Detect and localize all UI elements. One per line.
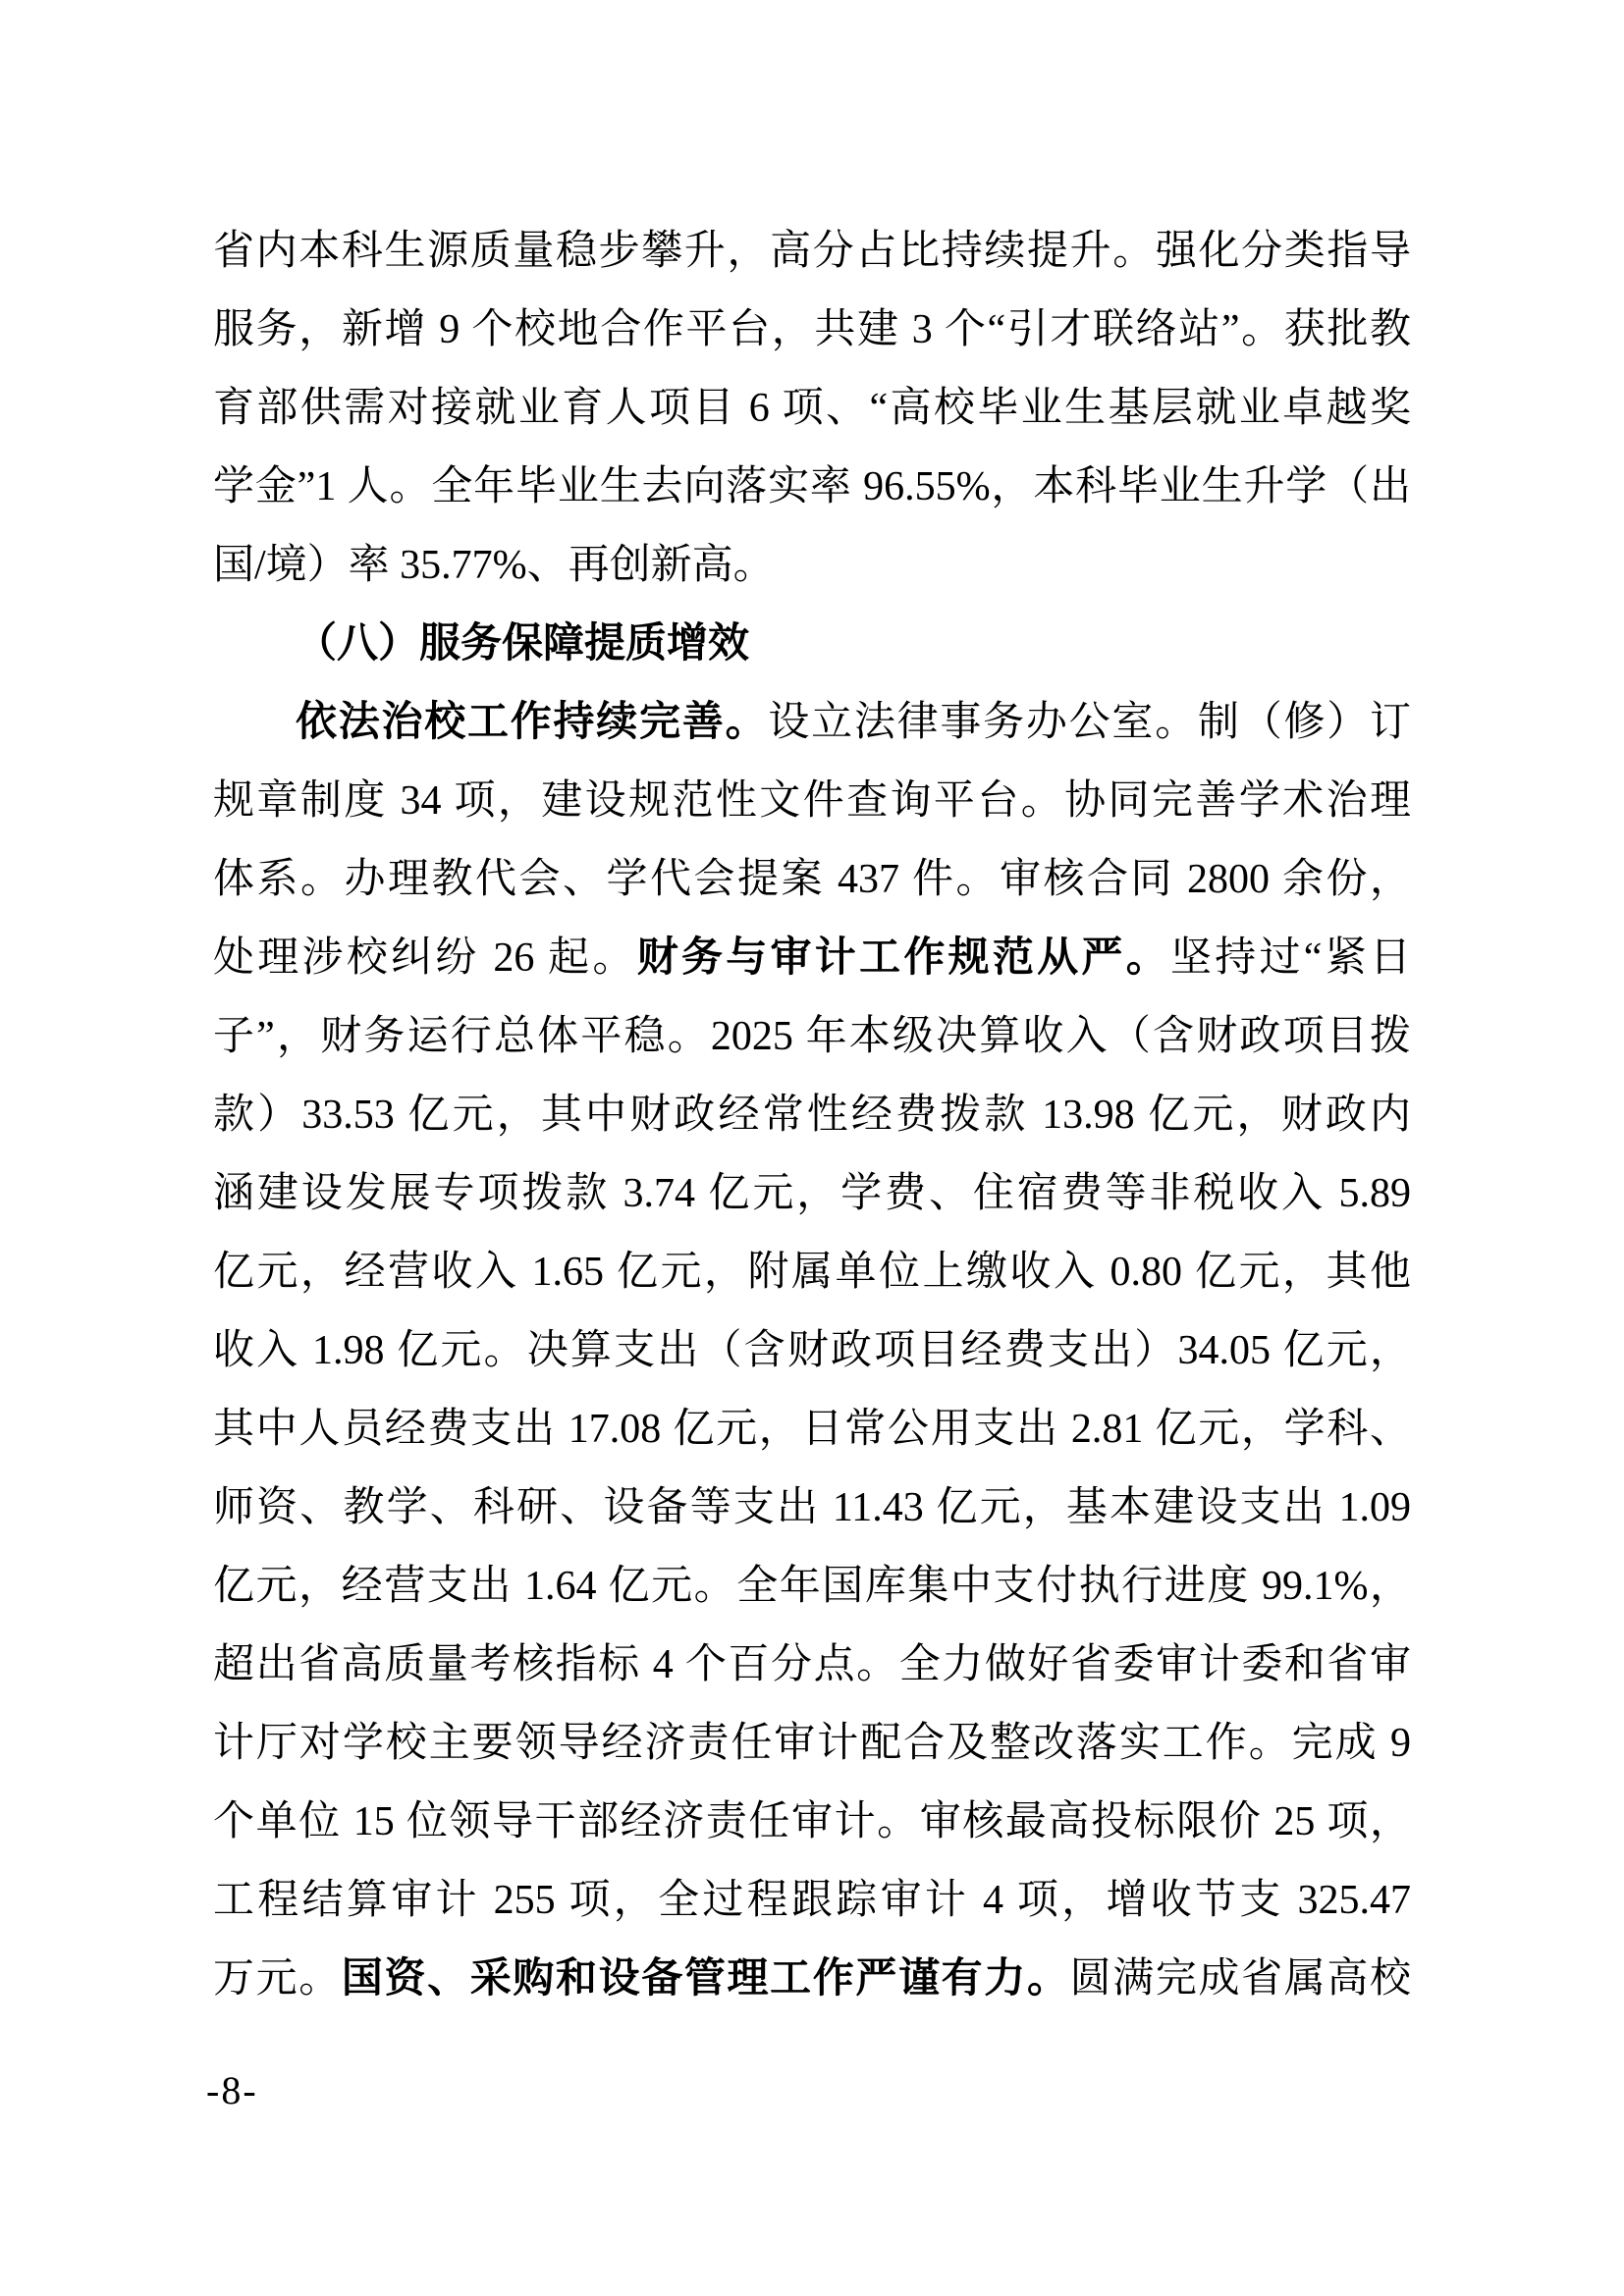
text-segment: 圆满完成省属高校 — [1070, 1956, 1411, 2002]
text-segment: 学金”1 人。全年毕业生去向落实率 96.55%，本科毕业生升学（出 — [213, 464, 1411, 509]
text-segment: 设立法律事务办公室。制（修）订 — [768, 700, 1411, 745]
bold-text-segment: 财务与审计工作规范从严。 — [637, 935, 1170, 981]
text-segment: 服务，新增 9 个校地合作平台，共建 3 个“引才联络站”。获批教 — [213, 307, 1411, 352]
text-segment: 省内本科生源质量稳步攀升，高分占比持续提升。强化分类指导 — [213, 229, 1411, 274]
bold-text-segment: （八）服务保障提质增效 — [296, 621, 749, 667]
text-segment: 计厅对学校主要领导经济责任审计配合及整改落实工作。完成 9 — [213, 1721, 1411, 1766]
text-line: 亿元，经营支出 1.64 亿元。全年国库集中支付执行进度 99.1%， — [213, 1547, 1411, 1626]
text-segment: 款）33.53 亿元，其中财政经常性经费拨款 13.98 亿元，财政内 — [213, 1093, 1411, 1138]
text-line: 款）33.53 亿元，其中财政经常性经费拨款 13.98 亿元，财政内 — [213, 1076, 1411, 1154]
text-segment: 个单位 15 位领导干部经济责任审计。审核最高投标限价 25 项， — [213, 1799, 1411, 1844]
text-line: 学金”1 人。全年毕业生去向落实率 96.55%，本科毕业生升学（出 — [213, 448, 1411, 526]
text-line: 规章制度 34 项，建设规范性文件查询平台。协同完善学术治理 — [213, 762, 1411, 840]
text-line: 处理涉校纠纷 26 起。财务与审计工作规范从严。坚持过“紧日 — [213, 919, 1411, 997]
text-line: 工程结算审计 255 项，全过程跟踪审计 4 项，增收节支 325.47 — [213, 1861, 1411, 1940]
text-segment: 规章制度 34 项，建设规范性文件查询平台。协同完善学术治理 — [213, 778, 1411, 824]
text-line: 其中人员经费支出 17.08 亿元，日常公用支出 2.81 亿元，学科、 — [213, 1390, 1411, 1468]
text-line: 师资、教学、科研、设备等支出 11.43 亿元，基本建设支出 1.09 — [213, 1468, 1411, 1547]
text-line: 计厅对学校主要领导经济责任审计配合及整改落实工作。完成 9 — [213, 1704, 1411, 1783]
text-segment: 工程结算审计 255 项，全过程跟踪审计 4 项，增收节支 325.47 — [213, 1878, 1411, 1923]
text-line: 亿元，经营收入 1.65 亿元，附属单位上缴收入 0.80 亿元，其他 — [213, 1233, 1411, 1311]
section-heading: （八）服务保障提质增效 — [213, 605, 1411, 683]
bold-text-segment: 依法治校工作持续完善。 — [296, 700, 768, 745]
document-page: 省内本科生源质量稳步攀升，高分占比持续提升。强化分类指导服务，新增 9 个校地合… — [0, 0, 1624, 2296]
text-line: 超出省高质量考核指标 4 个百分点。全力做好省委审计委和省审 — [213, 1626, 1411, 1704]
text-line: 育部供需对接就业育人项目 6 项、“高校毕业生基层就业卓越奖 — [213, 369, 1411, 448]
text-segment: 国/境）率 35.77%、再创新高。 — [213, 543, 775, 588]
text-segment: 体系。办理教代会、学代会提案 437 件。审核合同 2800 余份， — [213, 857, 1411, 902]
text-line: 省内本科生源质量稳步攀升，高分占比持续提升。强化分类指导 — [213, 212, 1411, 291]
text-line: 子”，财务运行总体平稳。2025 年本级决算收入（含财政项目拨 — [213, 997, 1411, 1076]
text-line: 服务，新增 9 个校地合作平台，共建 3 个“引才联络站”。获批教 — [213, 291, 1411, 369]
text-segment: 子”，财务运行总体平稳。2025 年本级决算收入（含财政项目拨 — [213, 1014, 1411, 1059]
text-block: 省内本科生源质量稳步攀升，高分占比持续提升。强化分类指导服务，新增 9 个校地合… — [213, 212, 1411, 2018]
text-line: 国/境）率 35.77%、再创新高。 — [213, 526, 1411, 605]
text-segment: 坚持过“紧日 — [1170, 935, 1411, 981]
text-segment: 育部供需对接就业育人项目 6 项、“高校毕业生基层就业卓越奖 — [213, 386, 1411, 431]
text-segment: 亿元，经营支出 1.64 亿元。全年国库集中支付执行进度 99.1%， — [213, 1564, 1411, 1609]
text-segment: 其中人员经费支出 17.08 亿元，日常公用支出 2.81 亿元，学科、 — [213, 1407, 1411, 1452]
text-line: 体系。办理教代会、学代会提案 437 件。审核合同 2800 余份， — [213, 840, 1411, 919]
text-segment: 涵建设发展专项拨款 3.74 亿元，学费、住宿费等非税收入 5.89 — [213, 1171, 1411, 1216]
text-segment: 收入 1.98 亿元。决算支出（含财政项目经费支出）34.05 亿元， — [213, 1328, 1411, 1373]
text-segment: 师资、教学、科研、设备等支出 11.43 亿元，基本建设支出 1.09 — [213, 1485, 1411, 1530]
page-number: -8- — [206, 2061, 258, 2120]
text-line: 收入 1.98 亿元。决算支出（含财政项目经费支出）34.05 亿元， — [213, 1311, 1411, 1390]
text-line: 万元。国资、采购和设备管理工作严谨有力。圆满完成省属高校 — [213, 1940, 1411, 2018]
text-segment: 万元。 — [213, 1956, 342, 2002]
text-segment: 超出省高质量考核指标 4 个百分点。全力做好省委审计委和省审 — [213, 1642, 1411, 1687]
text-segment: 亿元，经营收入 1.65 亿元，附属单位上缴收入 0.80 亿元，其他 — [213, 1250, 1411, 1295]
bold-text-segment: 国资、采购和设备管理工作严谨有力。 — [342, 1956, 1070, 2002]
text-line: 个单位 15 位领导干部经济责任审计。审核最高投标限价 25 项， — [213, 1783, 1411, 1861]
text-segment: 处理涉校纠纷 26 起。 — [213, 935, 637, 981]
text-line: 涵建设发展专项拨款 3.74 亿元，学费、住宿费等非税收入 5.89 — [213, 1154, 1411, 1233]
text-line: 依法治校工作持续完善。设立法律事务办公室。制（修）订 — [213, 683, 1411, 762]
